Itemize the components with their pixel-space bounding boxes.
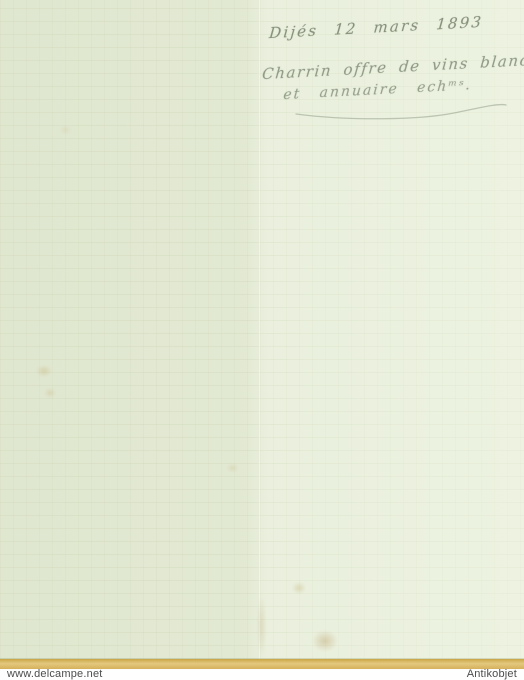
underline-flourish <box>294 100 509 124</box>
foxing-stain <box>312 630 338 652</box>
foxing-stain <box>60 126 71 134</box>
watermark-antikobjet: Antikobjet <box>467 669 517 680</box>
foxing-stain <box>36 365 52 377</box>
scanned-letter-image: Dijés 12 mars 1893 Charrin offre de vins… <box>0 0 524 680</box>
foxing-stain <box>292 582 306 594</box>
paper-fold-line <box>258 0 261 659</box>
foxing-stain <box>226 463 239 473</box>
watermark-delcampe: www.delcampe.net <box>7 669 103 680</box>
letter-paper <box>0 0 524 659</box>
watermark-strip: www.delcampe.net Antikobjet <box>0 669 524 680</box>
foxing-stain <box>257 596 266 656</box>
foxing-stain <box>44 388 56 398</box>
